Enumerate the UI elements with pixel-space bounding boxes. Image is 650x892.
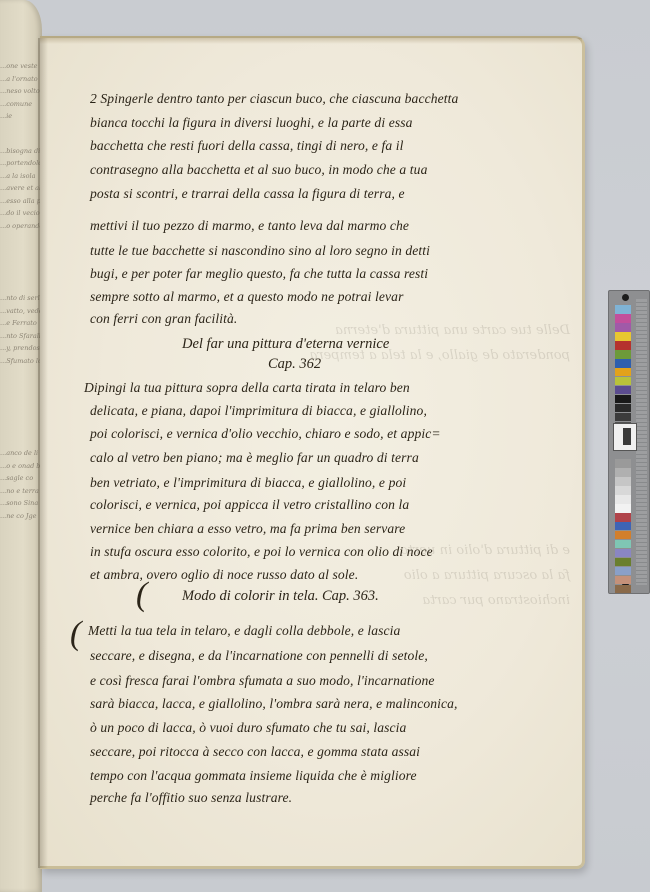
margin-line: ...e Ferrato: [0, 317, 42, 330]
color-patch: [615, 504, 631, 513]
text-line: sarà biacca, lacca, e giallolino, l'ombr…: [90, 696, 458, 712]
text-line: ben vetriato, e l'imprimitura di biacca,…: [90, 475, 406, 491]
text-line: Metti la tua tela in telaro, e dagli col…: [88, 623, 400, 639]
margin-line: ...Sfumato lo: [0, 355, 42, 368]
color-patch: [615, 305, 631, 314]
text-line: 2 Spingerle dentro tanto per ciascun buc…: [90, 91, 458, 107]
color-patch: [615, 323, 631, 332]
color-patch: [615, 413, 631, 422]
chapter-363-number: Cap. 363.: [322, 588, 379, 605]
color-patches-bottom: [615, 459, 639, 594]
margin-block: ...one veste ...a l'ornato ...neso volto…: [0, 60, 42, 123]
margin-line: ...avere et al: [0, 182, 42, 195]
color-patch: [615, 576, 631, 585]
margin-line: ...no e terra e: [0, 485, 42, 498]
text-line: sempre sotto al marmo, et a questo modo …: [90, 289, 403, 305]
color-patch: [615, 314, 631, 323]
text-line: e così fresca farai l'ombra sfumata a su…: [90, 673, 435, 689]
color-patch: [615, 585, 631, 594]
color-patch: [615, 459, 631, 468]
margin-line: ...portendolo ho: [0, 157, 42, 170]
color-patch: [615, 395, 631, 404]
text-line: bacchetta che resti fuori della cassa, t…: [90, 138, 404, 154]
text-line: poi colorisci, e vernica d'olio vecchio,…: [90, 426, 441, 442]
margin-line: ...neso volto: [0, 85, 42, 98]
margin-line: ...ne co Jge: [0, 510, 42, 523]
text-line: perche fa l'offitio suo senza lustrare.: [90, 790, 292, 806]
strip-hole-top: [622, 294, 629, 301]
color-patch: [615, 522, 631, 531]
text-line: Dipingi la tua pittura sopra della carta…: [84, 380, 410, 396]
text-line: calo al vetro ben piano; ma è meglio far…: [90, 450, 419, 466]
margin-line: ...nto Sfarallo: [0, 330, 42, 343]
margin-line: ...ie: [0, 110, 42, 123]
gutter-shadow: [38, 38, 48, 868]
margin-block: ...nto di serla ...vatto, vede ...e Ferr…: [0, 292, 42, 367]
text-line: delicata, e piana, dapoi l'imprimitura d…: [90, 403, 427, 419]
heading-flourish-decoration: (: [136, 576, 147, 614]
color-patch: [615, 468, 631, 477]
margin-line: ...do il vecio: [0, 207, 42, 220]
color-patch: [615, 350, 631, 359]
text-line: posta si scontri, e trarrai della cassa …: [90, 186, 405, 202]
margin-line: ...bisogna di: [0, 145, 42, 158]
margin-line: ...comune: [0, 98, 42, 111]
text-line: vernice ben chiara a esso vetro, ma fa p…: [90, 521, 405, 537]
strip-label-bar: [623, 428, 631, 445]
color-patch: [615, 531, 631, 540]
text-line: tutte le tue bacchette si nascondino sin…: [90, 243, 430, 259]
margin-line: ...one veste: [0, 60, 42, 73]
margin-line: ...y, prendose: [0, 342, 42, 355]
color-patch: [615, 486, 631, 495]
margin-block: ...anco de li sol ...o e onad be ...sagl…: [0, 447, 42, 522]
color-patch: [615, 567, 631, 576]
color-patch: [615, 495, 631, 504]
text-line: et ambra, overo oglio di noce russo dato…: [90, 567, 358, 583]
margin-line: ...a l'ornato: [0, 73, 42, 86]
text-line: bianca tocchi la figura in diversi luogh…: [90, 115, 413, 131]
color-patch: [615, 368, 631, 377]
text-line: ò un poco di lacca, ò vuoi duro sfumato …: [90, 720, 406, 736]
color-patch: [615, 359, 631, 368]
color-patch: [615, 477, 631, 486]
margin-line: ...o operando: [0, 220, 42, 233]
margin-block: ...bisogna di ...portendolo ho ...a la i…: [0, 145, 42, 233]
text-line: tempo con l'acqua gommata insieme liquid…: [90, 768, 417, 784]
color-patch: [615, 513, 631, 522]
color-patch: [615, 404, 631, 413]
margin-line: ...o e onad be: [0, 460, 42, 473]
recto-page: Delle tue carte una pittura d'eterna pon…: [40, 36, 585, 869]
margin-line: ...sono Sina le: [0, 497, 42, 510]
chapter-362-number: Cap. 362: [268, 356, 321, 373]
color-patch: [615, 540, 631, 549]
text-line: con ferri con gran facilità.: [90, 311, 237, 327]
color-patch: [615, 377, 631, 386]
manuscript-scan: ...one veste ...a l'ornato ...neso volto…: [0, 0, 650, 892]
chapter-362-title: Del far una pittura d'eterna vernice: [182, 336, 389, 353]
initial-flourish-decoration: (: [70, 615, 81, 653]
chapter-363-title: Modo di colorir in tela.: [182, 588, 319, 605]
color-patch: [615, 549, 631, 558]
color-patch: [615, 558, 631, 567]
text-line: bugi, e per poter far meglio questo, fa …: [90, 266, 428, 282]
left-margin-text: ...one veste ...a l'ornato ...neso volto…: [0, 60, 42, 544]
color-patch: [615, 341, 631, 350]
margin-line: ...nto di serla: [0, 292, 42, 305]
margin-line: ...sagle co: [0, 472, 42, 485]
text-line: seccare, poi ritocca à secco con lacca, …: [90, 744, 420, 760]
text-line: mettivi il tuo pezzo di marmo, e tanto l…: [90, 218, 409, 234]
margin-line: ...vatto, vede: [0, 305, 42, 318]
strip-label: [613, 423, 637, 451]
text-line: colorisci, e vernica, poi appicca il vet…: [90, 497, 409, 513]
color-patch: [615, 386, 631, 395]
margin-line: ...a la isola: [0, 170, 42, 183]
left-page-edge: ...one veste ...a l'ornato ...neso volto…: [0, 0, 42, 892]
color-patch: [615, 332, 631, 341]
color-calibration-strip: [608, 290, 650, 594]
text-line: contrasegno alla bacchetta et al suo buc…: [90, 162, 427, 178]
text-line: seccare, e disegna, e da l'incarnatione …: [90, 648, 428, 664]
margin-line: ...anco de li sol: [0, 447, 42, 460]
margin-line: ...esso alla pala: [0, 195, 42, 208]
text-line: in stufa oscura esso colorito, e poi lo …: [90, 544, 433, 560]
